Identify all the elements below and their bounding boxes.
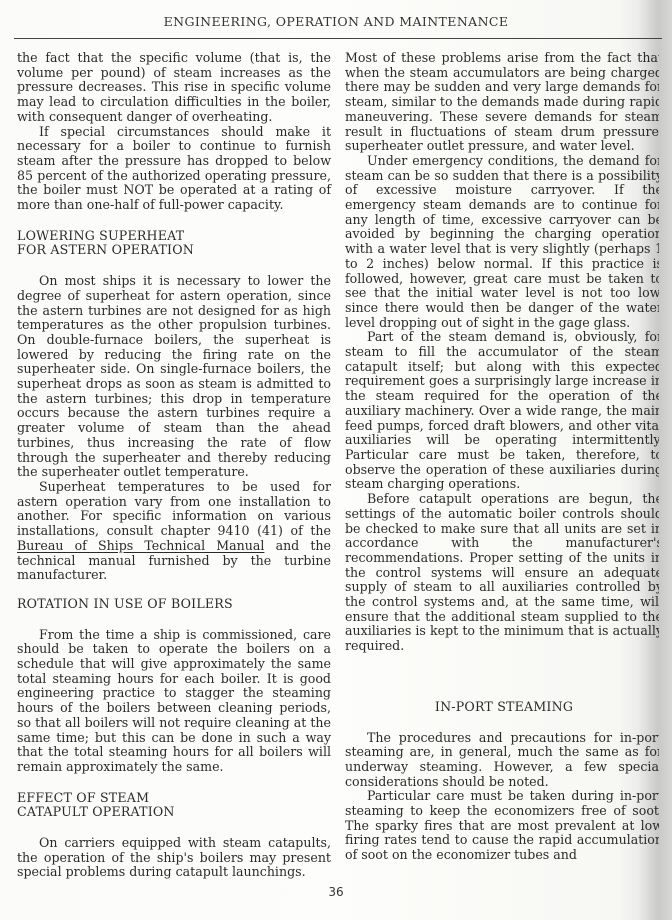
book-page: ENGINEERING, OPERATION AND MAINTENANCE t… — [0, 0, 672, 920]
paragraph: From the time a ship is commissioned, ca… — [17, 628, 331, 775]
paragraph: Under emergency conditions, the demand f… — [345, 154, 659, 330]
section-heading-catapult: EFFECT OF STEAM CATAPULT OPERATION — [17, 791, 331, 820]
section-heading-lowering-superheat: LOWERING SUPERHEAT FOR ASTERN OPERATION — [17, 229, 331, 258]
paragraph: Part of the steam demand is, obviously, … — [345, 330, 659, 492]
page-number: 36 — [0, 885, 672, 899]
paragraph: On carriers equipped with steam catapult… — [17, 836, 331, 880]
right-column: Most of these problems arise from the fa… — [345, 51, 659, 871]
header-rule — [14, 38, 662, 39]
paragraph: Superheat temperatures to be used for as… — [17, 480, 331, 583]
section-heading-rotation: ROTATION IN USE OF BOILERS — [17, 597, 331, 612]
paragraph: Before catapult operations are begun, th… — [345, 492, 659, 654]
left-column: the fact that the specific volume (that … — [17, 51, 331, 880]
paragraph: The procedures and precautions for in-po… — [345, 731, 659, 790]
paragraph: Particular care must be taken during in-… — [345, 789, 659, 863]
paragraph: the fact that the specific volume (that … — [17, 51, 331, 125]
section-heading-inport: IN-PORT STEAMING — [345, 700, 659, 715]
running-header: ENGINEERING, OPERATION AND MAINTENANCE — [0, 14, 672, 29]
paragraph: On most ships it is necessary to lower t… — [17, 274, 331, 480]
paragraph: If special circumstances should make it … — [17, 125, 331, 213]
manual-reference: Bureau of Ships Technical Manual — [17, 538, 264, 553]
paragraph: Most of these problems arise from the fa… — [345, 51, 659, 154]
